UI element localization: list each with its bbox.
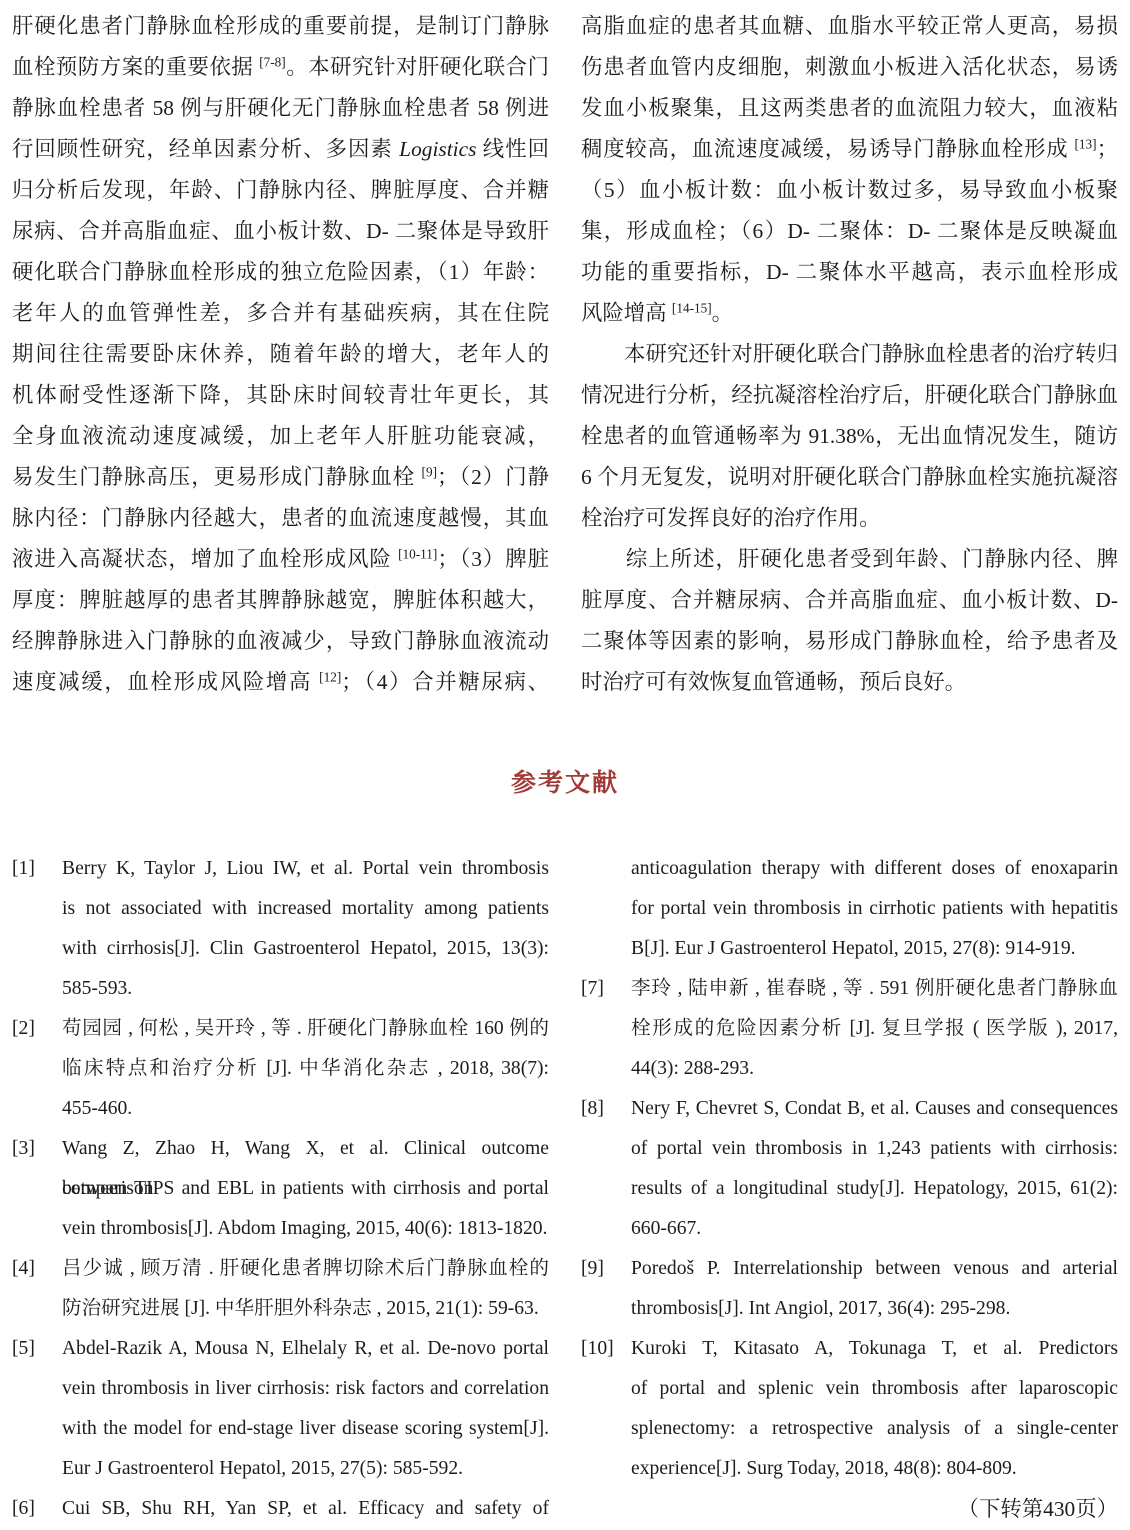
reference-text: anticoagulation therapy with different d… — [631, 849, 1118, 969]
text-line: 速度减缓，血栓形成风险增高 [12]；（4）合并糖尿病、 — [12, 662, 549, 703]
text-line: 发血小板聚集，且这两类患者的血流阻力较大，血液粘 — [581, 88, 1118, 129]
reference-number: [8] — [581, 1089, 631, 1249]
text-line: 二聚体等因素的影响，易形成门静脉血栓，给予患者及 — [581, 621, 1118, 662]
reference-item: [9]Poredoš P. Interrelationship between … — [581, 1249, 1118, 1329]
text-line: Wang Z, Zhao H, Wang X, et al. Clinical … — [62, 1129, 549, 1169]
reference-text: Berry K, Taylor J, Liou IW, et al. Porta… — [62, 849, 549, 1009]
text-line: 伤患者血管内皮细胞，刺激血小板进入活化状态，易诱 — [581, 47, 1118, 88]
reference-item: [4]吕少诚 , 顾万清 . 肝硬化患者脾切除术后门静脉血栓的防治研究进展 [J… — [12, 1249, 549, 1329]
text-line: （5）血小板计数：血小板计数过多，易导致血小板聚 — [581, 170, 1118, 211]
reference-item: [5]Abdel-Razik A, Mousa N, Elhelaly R, e… — [12, 1329, 549, 1489]
text-line: 栓形成的危险因素分析 [J]. 复旦学报 ( 医学版 ), 2017, — [631, 1009, 1118, 1049]
body-column-right: 高脂血症的患者其血糖、血脂水平较正常人更高，易损伤患者血管内皮细胞，刺激血小板进… — [581, 6, 1118, 703]
text-line: Kuroki T, Kitasato A, Tokunaga T, et al.… — [631, 1329, 1118, 1369]
text-line: 行回顾性研究，经单因素分析、多因素 Logistics 线性回 — [12, 129, 549, 170]
citation-superscript: [7-8] — [259, 55, 286, 70]
text-line: of portal vein thrombosis in 1,243 patie… — [631, 1129, 1118, 1169]
text-line: 时治疗可有效恢复血管通畅，预后良好。 — [581, 662, 1118, 703]
reference-text: Abdel-Razik A, Mousa N, Elhelaly R, et a… — [62, 1329, 549, 1489]
text-line: is not associated with increased mortali… — [62, 889, 549, 929]
citation-superscript: [10-11] — [398, 547, 437, 562]
text-line: 临床特点和治疗分析 [J]. 中华消化杂志 , 2018, 38(7): — [62, 1049, 549, 1089]
text-line: 苟园园 , 何松 , 吴开玲 , 等 . 肝硬化门静脉血栓 160 例的 — [62, 1009, 549, 1049]
text-line: vein thrombosis in liver cirrhosis: risk… — [62, 1369, 549, 1409]
references-heading: 参考文献 — [12, 767, 1118, 799]
text-line: results of a longitudinal study[J]. Hepa… — [631, 1169, 1118, 1209]
reference-number — [581, 849, 631, 969]
reference-item: anticoagulation therapy with different d… — [581, 849, 1118, 969]
text-line: 高脂血症的患者其血糖、血脂水平较正常人更高，易损 — [581, 6, 1118, 47]
reference-number: [4] — [12, 1249, 62, 1329]
reference-number: [9] — [581, 1249, 631, 1329]
text-line: for portal vein thrombosis in cirrhotic … — [631, 889, 1118, 929]
references-column-left: [1]Berry K, Taylor J, Liou IW, et al. Po… — [12, 849, 549, 1529]
text-line: 归分析后发现，年龄、门静脉内径、脾脏厚度、合并糖 — [12, 170, 549, 211]
text-line: of portal and splenic vein thrombosis af… — [631, 1369, 1118, 1409]
text-line: vein thrombosis[J]. Abdom Imaging, 2015,… — [62, 1209, 549, 1249]
text-line: 机体耐受性逐渐下降，其卧床时间较青壮年更长，其 — [12, 375, 549, 416]
reference-text: Wang Z, Zhao H, Wang X, et al. Clinical … — [62, 1129, 549, 1249]
citation-superscript: [9] — [422, 465, 437, 480]
text-line: 栓患者的血管通畅率为 91.38%，无出血情况发生，随访 — [581, 416, 1118, 457]
reference-number: [5] — [12, 1329, 62, 1489]
reference-item: [7]李玲 , 陆申新 , 崔春晓 , 等 . 591 例肝硬化患者门静脉血栓形… — [581, 969, 1118, 1089]
text-line: thrombosis[J]. Int Angiol, 2017, 36(4): … — [631, 1289, 1118, 1329]
reference-number: [1] — [12, 849, 62, 1009]
text-line: experience[J]. Surg Today, 2018, 48(8): … — [631, 1449, 1118, 1489]
text-line: with the model for end-stage liver disea… — [62, 1409, 549, 1449]
citation-superscript: [12] — [319, 670, 341, 685]
italic-term: Logistics — [399, 137, 476, 161]
text-line: Berry K, Taylor J, Liou IW, et al. Porta… — [62, 849, 549, 889]
text-line: 6 个月无复发，说明对肝硬化联合门静脉血栓实施抗凝溶 — [581, 457, 1118, 498]
text-line: 栓治疗可发挥良好的治疗作用。 — [581, 498, 1118, 539]
text-line: Nery F, Chevret S, Condat B, et al. Caus… — [631, 1089, 1118, 1129]
text-line: 血栓预防方案的重要依据 [7-8]。本研究针对肝硬化联合门 — [12, 47, 549, 88]
reference-number: [10] — [581, 1329, 631, 1489]
reference-text: Nery F, Chevret S, Condat B, et al. Caus… — [631, 1089, 1118, 1249]
text-line: 静脉血栓患者 58 例与肝硬化无门静脉血栓患者 58 例进 — [12, 88, 549, 129]
text-line: Poredoš P. Interrelationship between ven… — [631, 1249, 1118, 1289]
text-line: Cui SB, Shu RH, Yan SP, et al. Efficacy … — [62, 1489, 549, 1529]
text-line: anticoagulation therapy with different d… — [631, 849, 1118, 889]
text-line: 660-667. — [631, 1209, 1118, 1249]
references-list-right: anticoagulation therapy with different d… — [581, 849, 1118, 1489]
reference-text: Kuroki T, Kitasato A, Tokunaga T, et al.… — [631, 1329, 1118, 1489]
text-line: 脉内径：门静脉内径越大，患者的血流速度越慢，其血 — [12, 498, 549, 539]
text-line: 稠度较高，血流速度减缓，易诱导门静脉血栓形成 [13]； — [581, 129, 1118, 170]
citation-superscript: [13] — [1075, 137, 1097, 152]
journal-article-page: 肝硬化患者门静脉血栓形成的重要前提，是制订门静脉血栓预防方案的重要依据 [7-8… — [0, 0, 1130, 1530]
citation-superscript: [14-15] — [672, 301, 712, 316]
text-line: 功能的重要指标，D- 二聚体水平越高，表示血栓形成 — [581, 252, 1118, 293]
reference-text: 李玲 , 陆申新 , 崔春晓 , 等 . 591 例肝硬化患者门静脉血栓形成的危… — [631, 969, 1118, 1089]
reference-text: Cui SB, Shu RH, Yan SP, et al. Efficacy … — [62, 1489, 549, 1529]
text-line: 585-593. — [62, 969, 549, 1009]
text-line: 硬化联合门静脉血栓形成的独立危险因素，（1）年龄： — [12, 252, 549, 293]
text-line: 厚度：脾脏越厚的患者其脾静脉越宽，脾脏体积越大， — [12, 580, 549, 621]
reference-number: [2] — [12, 1009, 62, 1129]
text-line: 吕少诚 , 顾万清 . 肝硬化患者脾切除术后门静脉血栓的 — [62, 1249, 549, 1289]
text-line: 455-460. — [62, 1089, 549, 1129]
text-line: 全身血液流动速度减缓，加上老年人肝脏功能衰减， — [12, 416, 549, 457]
text-line: 易发生门静脉高压，更易形成门静脉血栓 [9]；（2）门静 — [12, 457, 549, 498]
reference-number: [6] — [12, 1489, 62, 1529]
text-line: 综上所述，肝硬化患者受到年龄、门静脉内径、脾 — [581, 539, 1118, 580]
text-line: 尿病、合并高脂血症、血小板计数、D- 二聚体是导致肝 — [12, 211, 549, 252]
text-line: B[J]. Eur J Gastroenterol Hepatol, 2015,… — [631, 929, 1118, 969]
reference-number: [7] — [581, 969, 631, 1089]
text-line: Abdel-Razik A, Mousa N, Elhelaly R, et a… — [62, 1329, 549, 1369]
text-line: 情况进行分析，经抗凝溶栓治疗后，肝硬化联合门静脉血 — [581, 375, 1118, 416]
text-line: with cirrhosis[J]. Clin Gastroenterol He… — [62, 929, 549, 969]
text-line: splenectomy: a retrospective analysis of… — [631, 1409, 1118, 1449]
text-line: 集，形成血栓；（6）D- 二聚体：D- 二聚体是反映凝血 — [581, 211, 1118, 252]
text-line: Eur J Gastroenterol Hepatol, 2015, 27(5)… — [62, 1449, 549, 1489]
reference-text: 吕少诚 , 顾万清 . 肝硬化患者脾切除术后门静脉血栓的防治研究进展 [J]. … — [62, 1249, 549, 1329]
text-line: 44(3): 288-293. — [631, 1049, 1118, 1089]
body-column-left: 肝硬化患者门静脉血栓形成的重要前提，是制订门静脉血栓预防方案的重要依据 [7-8… — [12, 6, 549, 703]
text-line: 液进入高凝状态，增加了血栓形成风险 [10-11]；（3）脾脏 — [12, 539, 549, 580]
reference-item: [10]Kuroki T, Kitasato A, Tokunaga T, et… — [581, 1329, 1118, 1489]
reference-text: 苟园园 , 何松 , 吴开玲 , 等 . 肝硬化门静脉血栓 160 例的临床特点… — [62, 1009, 549, 1129]
article-body: 肝硬化患者门静脉血栓形成的重要前提，是制订门静脉血栓预防方案的重要依据 [7-8… — [12, 6, 1118, 703]
text-line: 肝硬化患者门静脉血栓形成的重要前提，是制订门静脉 — [12, 6, 549, 47]
text-line: 老年人的血管弹性差，多合并有基础疾病，其在住院 — [12, 293, 549, 334]
text-line: 风险增高 [14-15]。 — [581, 293, 1118, 334]
text-line: 经脾静脉进入门静脉的血液减少，导致门静脉血液流动 — [12, 621, 549, 662]
text-line: 期间往往需要卧床休养，随着年龄的增大，老年人的 — [12, 334, 549, 375]
reference-item: [6]Cui SB, Shu RH, Yan SP, et al. Effica… — [12, 1489, 549, 1529]
text-line: 防治研究进展 [J]. 中华肝胆外科杂志 , 2015, 21(1): 59-6… — [62, 1289, 549, 1329]
reference-item: [3]Wang Z, Zhao H, Wang X, et al. Clinic… — [12, 1129, 549, 1249]
reference-number: [3] — [12, 1129, 62, 1249]
references-section: [1]Berry K, Taylor J, Liou IW, et al. Po… — [12, 849, 1118, 1529]
text-line: 脏厚度、合并糖尿病、合并高脂血症、血小板计数、D- — [581, 580, 1118, 621]
text-line: 李玲 , 陆申新 , 崔春晓 , 等 . 591 例肝硬化患者门静脉血 — [631, 969, 1118, 1009]
reference-text: Poredoš P. Interrelationship between ven… — [631, 1249, 1118, 1329]
reference-item: [8]Nery F, Chevret S, Condat B, et al. C… — [581, 1089, 1118, 1249]
text-line: 本研究还针对肝硬化联合门静脉血栓患者的治疗转归 — [581, 334, 1118, 375]
reference-item: [2]苟园园 , 何松 , 吴开玲 , 等 . 肝硬化门静脉血栓 160 例的临… — [12, 1009, 549, 1129]
text-line: between TIPS and EBL in patients with ci… — [62, 1169, 549, 1209]
continued-on-page-note: （下转第430页） — [581, 1489, 1118, 1529]
reference-item: [1]Berry K, Taylor J, Liou IW, et al. Po… — [12, 849, 549, 1009]
references-column-right: anticoagulation therapy with different d… — [581, 849, 1118, 1529]
